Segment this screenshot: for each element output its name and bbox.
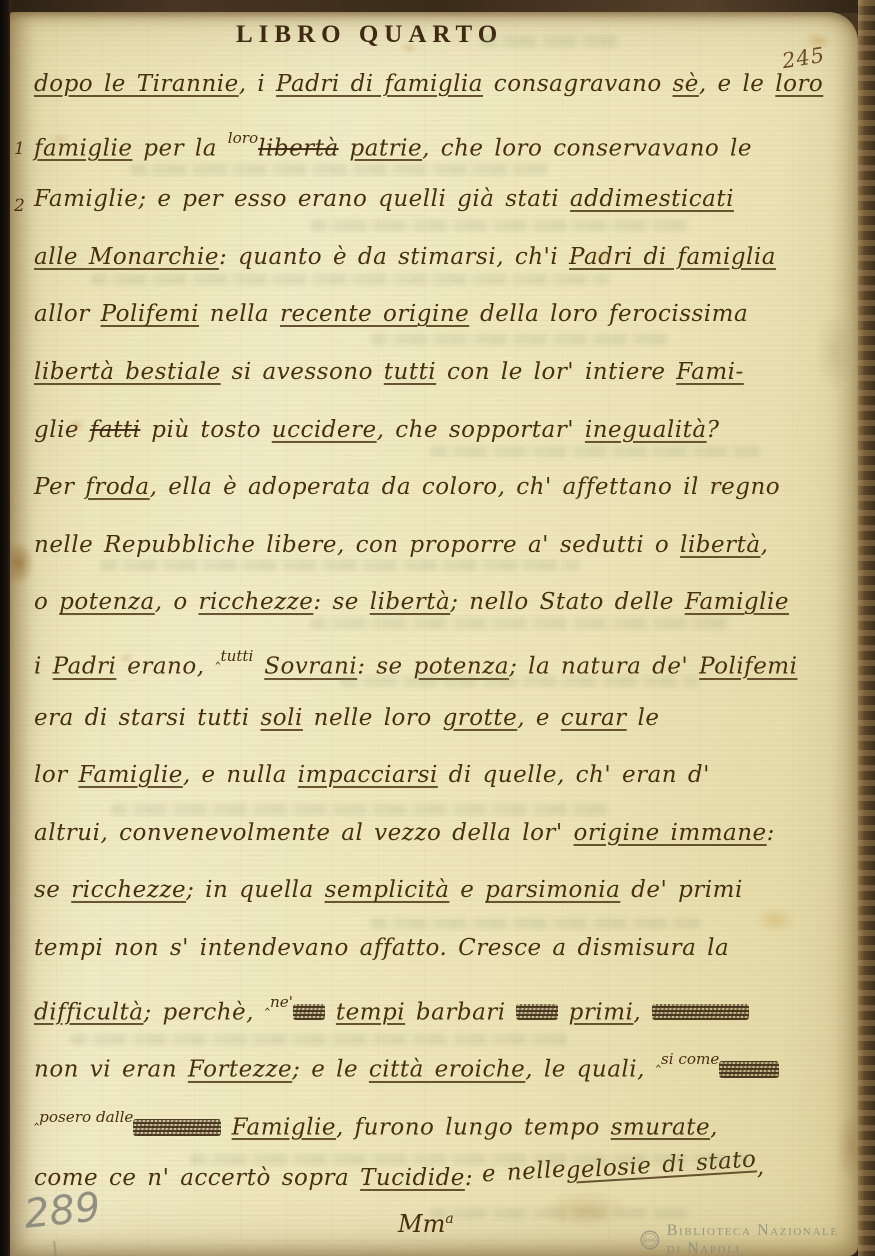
manuscript-lines: dopo le Tirannie, i Padri di famiglia co… xyxy=(34,56,854,1208)
text-segment: i xyxy=(34,654,53,680)
underlined-word: tempi xyxy=(336,999,405,1025)
underlined-word: Fortezze xyxy=(188,1057,292,1083)
struck-illegible-scribble xyxy=(133,1119,220,1136)
underlined-word: primi xyxy=(569,999,634,1025)
manuscript-page: LIBRO QUARTO 245 1 2 dopo le Tirannie, i… xyxy=(10,12,858,1256)
text-segment: ? xyxy=(707,417,720,443)
struck-illegible-scribble xyxy=(516,1004,557,1021)
underlined-word: Polifemi xyxy=(699,654,797,680)
paper-stain xyxy=(10,540,34,586)
underlined-word: città eroiche xyxy=(369,1057,525,1083)
underlined-word: Padri xyxy=(53,654,117,680)
pencil-foliation-number: 289 xyxy=(22,1184,103,1238)
text-segment: tempi non s' intendevano affatto. Cresce… xyxy=(34,935,729,961)
catchword: Mma xyxy=(398,1210,454,1238)
text-segment: , e nulla xyxy=(183,762,298,788)
interlinear-insertion: ‸tutti xyxy=(215,647,253,665)
manuscript-line: difficultà; perchè, ‸ne' tempi barbari p… xyxy=(34,978,854,1036)
text-segment: , furono lungo tempo xyxy=(336,1114,611,1140)
text-segment: glie xyxy=(34,417,90,443)
text-segment: erano, xyxy=(116,654,215,680)
text-segment: nelle Repubbliche libere, con proporre a… xyxy=(34,532,680,558)
manuscript-line: glie fatti più tosto uccidere, che soppo… xyxy=(34,402,854,460)
text-segment: nelle loro xyxy=(303,705,443,731)
interlinear-insertion: loro xyxy=(228,129,258,147)
text-segment: con le lor' intiere xyxy=(436,359,676,385)
underlined-word: famiglie xyxy=(34,135,132,161)
underlined-word: froda xyxy=(85,474,149,500)
underlined-word: grotte xyxy=(443,705,518,731)
struck-illegible-scribble xyxy=(719,1061,779,1078)
manuscript-line: famiglie per la lorolibertà patrie, che … xyxy=(34,114,854,172)
library-monogram: BNN xyxy=(644,1238,655,1244)
text-segment: Per xyxy=(34,474,85,500)
underlined-word: Tucidide xyxy=(360,1165,465,1191)
interlinear-insertion: ‸ne' xyxy=(265,993,293,1011)
underlined-word: ricchezze xyxy=(199,589,314,615)
manuscript-line: alle Monarchie: quanto è da stimarsi, ch… xyxy=(34,229,854,287)
manuscript-line: Per froda, ella è adoperata da coloro, c… xyxy=(34,459,854,517)
underlined-word: curar xyxy=(561,705,627,731)
manuscript-line: libertà bestiale si avessono tutti con l… xyxy=(34,344,854,402)
text-segment: consagravano xyxy=(483,71,672,97)
text-segment: , xyxy=(761,532,769,558)
manuscript-line: dopo le Tirannie, i Padri di famiglia co… xyxy=(34,56,854,114)
margin-mark: 2 xyxy=(14,196,25,216)
manuscript-line: i Padri erano, ‸tutti Sovrani: se potenz… xyxy=(34,632,854,690)
text-segment: , che sopportar' xyxy=(377,417,585,443)
text-segment xyxy=(221,1114,232,1140)
text-segment: Famiglie; e per esso erano quelli già st… xyxy=(34,186,570,212)
text-segment: , ella è adoperata da coloro, ch' affett… xyxy=(150,474,780,500)
text-segment: : se xyxy=(313,589,369,615)
underlined-word: dopo le Tirannie xyxy=(34,71,239,97)
underlined-word: addimesticati xyxy=(570,186,734,212)
text-segment: nella xyxy=(199,301,280,327)
underlined-word: loro xyxy=(775,71,823,97)
manuscript-line: nelle Repubbliche libere, con proporre a… xyxy=(34,517,854,575)
library-watermark-label: Biblioteca Nazionale di Napoli xyxy=(667,1222,858,1256)
catchword-main: Mm xyxy=(398,1210,445,1238)
text-segment: , e le xyxy=(699,71,775,97)
manuscript-line: allor Polifemi nella recente origine del… xyxy=(34,286,854,344)
text-segment: , le quali, xyxy=(525,1057,655,1083)
underlined-word: Padri di famiglia xyxy=(569,244,776,270)
text-segment: ; la natura de' xyxy=(509,654,699,680)
interlinear-insertion: ‸posero dalle xyxy=(34,1108,133,1126)
manuscript-scan: LIBRO QUARTO 245 1 2 dopo le Tirannie, i… xyxy=(0,0,875,1256)
underlined-word: Famiglie xyxy=(685,589,789,615)
text-segment: allor xyxy=(34,301,101,327)
underlined-word: potenza xyxy=(413,654,509,680)
underlined-word: tutti xyxy=(384,359,436,385)
text-segment: barbari xyxy=(405,999,516,1025)
text-segment: , e xyxy=(517,705,561,731)
catchword-superscript: a xyxy=(445,1211,453,1227)
manuscript-line: Famiglie; e per esso erano quelli già st… xyxy=(34,171,854,229)
underlined-word: impacciarsi xyxy=(298,762,438,788)
underlined-word: parsimonia xyxy=(485,877,620,903)
underlined-word: origine immane xyxy=(574,820,767,846)
text-segment: , xyxy=(633,999,652,1025)
text-segment: e nelle xyxy=(480,1142,568,1205)
underlined-word: Fami- xyxy=(676,359,744,385)
page-title: LIBRO QUARTO xyxy=(236,21,503,49)
text-segment xyxy=(558,999,569,1025)
text-segment: : se xyxy=(357,654,413,680)
text-segment: per la xyxy=(132,135,227,161)
manuscript-line: se ricchezze; in quella semplicità e par… xyxy=(34,862,854,920)
interlinear-insertion: ‸si come xyxy=(656,1050,720,1068)
manuscript-line: o potenza, o ricchezze: se libertà; nell… xyxy=(34,574,854,632)
page-right-edge xyxy=(858,0,875,1256)
text-segment: , o xyxy=(155,589,199,615)
underlined-word: libertà bestiale xyxy=(34,359,221,385)
text-segment: di quelle, ch' eran d' xyxy=(438,762,710,788)
text-segment xyxy=(339,135,350,161)
manuscript-line: altrui, convenevolmente al vezzo della l… xyxy=(34,805,854,863)
manuscript-line: tempi non s' intendevano affatto. Cresce… xyxy=(34,920,854,978)
text-segment xyxy=(325,999,336,1025)
manuscript-line: era di starsi tutti soli nelle loro grot… xyxy=(34,690,854,748)
library-watermark: BNN Biblioteca Nazionale di Napoli xyxy=(640,1222,858,1256)
text-segment: ; e le xyxy=(292,1057,369,1083)
text-segment: ; perchè, xyxy=(143,999,264,1025)
underlined-word: patrie xyxy=(349,135,422,161)
text-segment: ; nello Stato delle xyxy=(450,589,684,615)
text-segment: era di starsi tutti xyxy=(34,705,260,731)
library-logo-icon: BNN xyxy=(640,1227,660,1253)
underlined-word: Sovrani xyxy=(264,654,357,680)
text-segment xyxy=(253,654,264,680)
text-segment: più tosto xyxy=(140,417,271,443)
underlined-word: semplicità xyxy=(325,877,450,903)
text-segment: e xyxy=(449,877,485,903)
underlined-word: sè xyxy=(672,71,698,97)
text-segment: le xyxy=(627,705,660,731)
struck-illegible-scribble xyxy=(652,1004,749,1021)
underlined-word: Famiglie xyxy=(232,1114,336,1140)
underlined-word: uccidere xyxy=(272,417,377,443)
underlined-word: Padri di famiglia xyxy=(276,71,483,97)
text-segment: della loro ferocissima xyxy=(469,301,748,327)
underlined-word: gelosie di stato xyxy=(564,1132,758,1201)
text-segment: , che loro conservavano le xyxy=(422,135,752,161)
text-segment: ; in quella xyxy=(186,877,324,903)
text-segment: : xyxy=(767,820,775,846)
manuscript-line: non vi eran Fortezze; e le città eroiche… xyxy=(34,1035,854,1093)
underlined-word: potenza xyxy=(59,589,155,615)
struck-word: libertà xyxy=(258,135,339,161)
underlined-word: libertà xyxy=(370,589,451,615)
text-segment: , i xyxy=(239,71,276,97)
text-segment: de' primi xyxy=(620,877,743,903)
underlined-word: difficultà xyxy=(34,999,143,1025)
underlined-word: Famiglie xyxy=(79,762,183,788)
text-segment: o xyxy=(34,589,59,615)
margin-mark: 1 xyxy=(14,139,25,159)
manuscript-line: come ce n' accertò sopra Tucidide: e nel… xyxy=(34,1150,854,1208)
bleedthrough-ghost-line xyxy=(430,1208,690,1219)
manuscript-line: lor Famiglie, e nulla impacciarsi di que… xyxy=(34,747,854,805)
underlined-word: soli xyxy=(260,705,302,731)
underlined-word: inegualità xyxy=(585,417,707,443)
text-segment: : quanto è da stimarsi, ch'i xyxy=(219,244,569,270)
text-segment: se xyxy=(34,877,71,903)
text-segment: non vi eran xyxy=(34,1057,188,1083)
struck-word: fatti xyxy=(90,417,141,443)
underlined-word: recente origine xyxy=(280,301,469,327)
underlined-word: ricchezze xyxy=(71,877,186,903)
text-segment: altrui, convenevolmente al vezzo della l… xyxy=(34,820,574,846)
text-segment: lor xyxy=(34,762,79,788)
underlined-word: libertà xyxy=(680,532,761,558)
struck-illegible-scribble xyxy=(293,1004,325,1021)
underlined-word: alle Monarchie xyxy=(34,244,219,270)
text-segment: si avessono xyxy=(221,359,384,385)
underlined-word: Polifemi xyxy=(101,301,199,327)
